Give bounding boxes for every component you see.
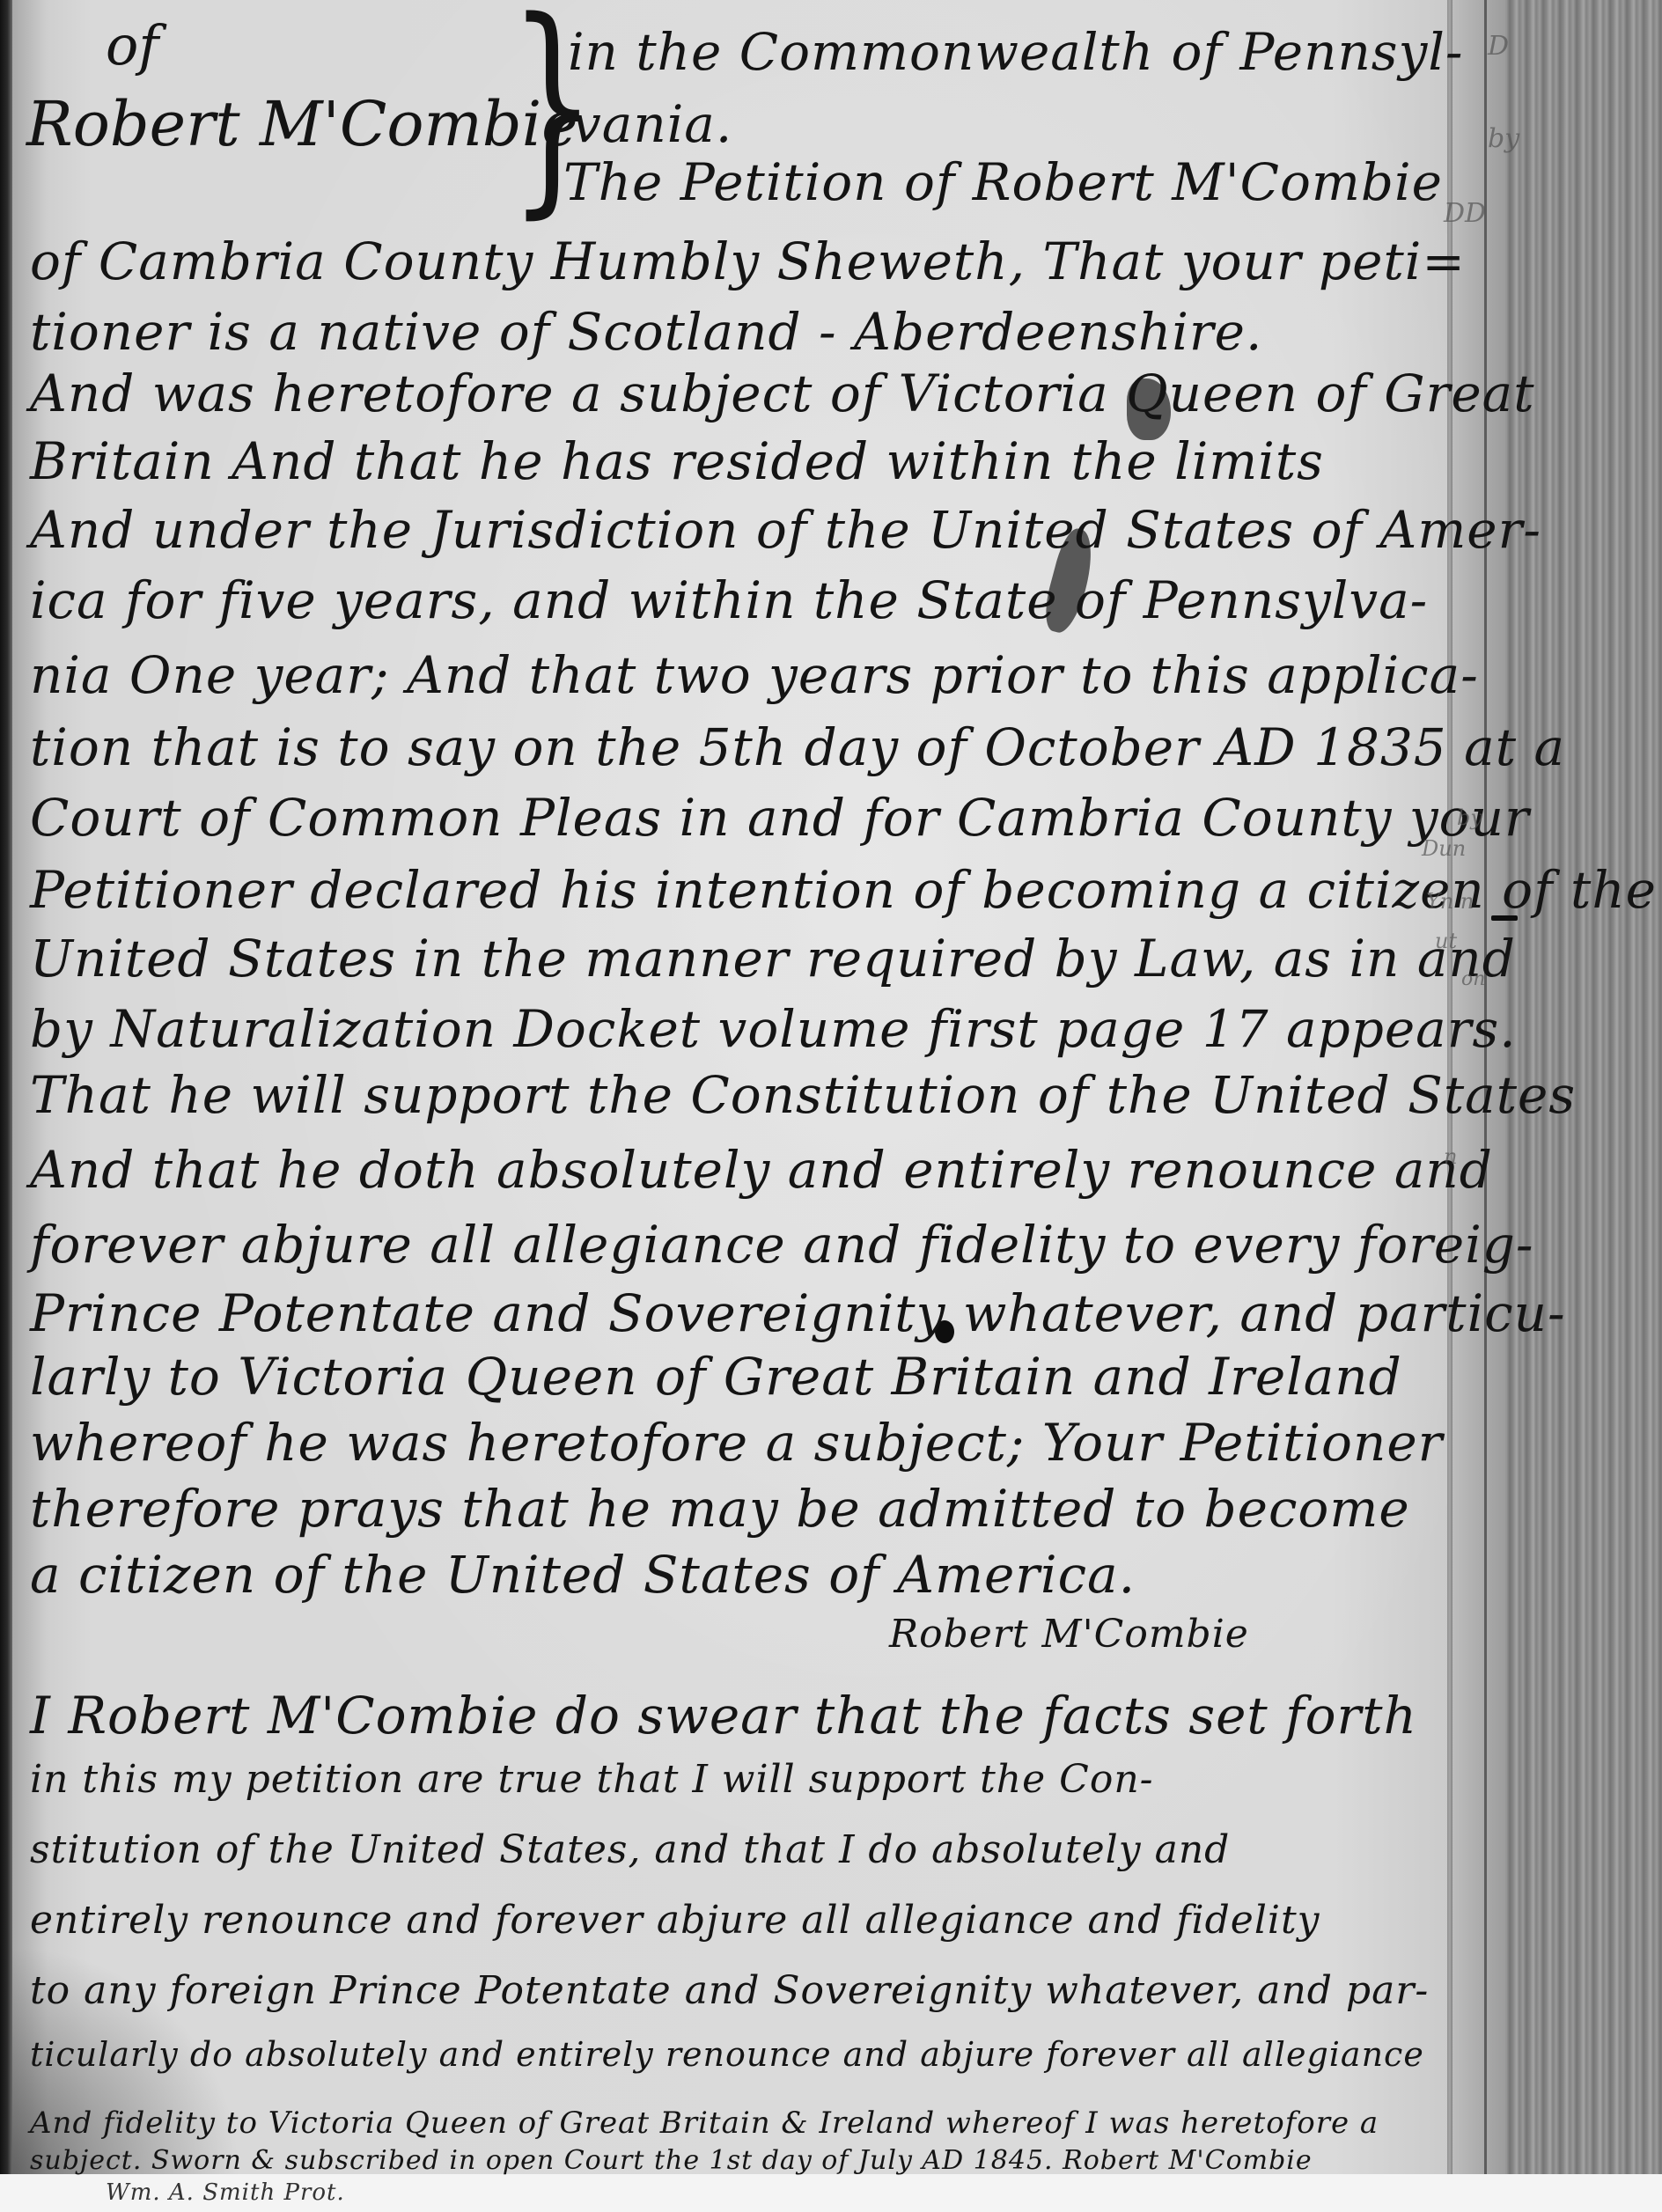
- caption-petitioner-name: Robert M'Combie: [26, 88, 578, 160]
- caption-jurisdiction-line1: in the Commonwealth of Pennsyl-: [568, 26, 1448, 77]
- margin-note: n: [1444, 1144, 1457, 1169]
- margin-note: by: [1457, 805, 1482, 830]
- petition-line: The Petition of Robert M'Combie: [563, 157, 1444, 208]
- petition-line: And under the Jurisdiction of the United…: [30, 504, 1438, 555]
- petition-line: larly to Victoria Queen of Great Britain…: [30, 1351, 1438, 1402]
- petition-line: That he will support the Constitution of…: [30, 1069, 1438, 1121]
- petition-line: Court of Common Pleas in and for Cambria…: [30, 792, 1438, 843]
- caption-jurisdiction-line2: vania.: [572, 99, 1100, 150]
- margin-note: D: [1488, 31, 1509, 62]
- oath-line: stitution of the United States, and that…: [30, 1831, 1438, 1870]
- margin-note: ut: [1435, 929, 1457, 953]
- petition-line: And that he doth absolutely and entirely…: [30, 1144, 1438, 1195]
- petition-line: Britain And that he has resided within t…: [30, 436, 1438, 487]
- petition-line: Prince Potentate and Sovereignity whatev…: [30, 1288, 1438, 1339]
- scanned-document: of Robert M'Combie } in the Commonwealth…: [0, 0, 1662, 2212]
- petition-line: therefore prays that he may be admitted …: [30, 1483, 1438, 1534]
- attestation-prothonotary: Wm. A. Smith Prot.: [106, 2181, 1514, 2204]
- petition-line: whereof he was heretofore a subject; You…: [30, 1417, 1438, 1468]
- oath-line: I Robert M'Combie do swear that the fact…: [30, 1690, 1438, 1741]
- caption-of: of: [106, 13, 158, 77]
- oath-line: entirely renounce and forever abjure all…: [30, 1901, 1438, 1940]
- petition-line: And was heretofore a subject of Victoria…: [30, 368, 1438, 419]
- oath-line: And fidelity to Victoria Queen of Great …: [30, 2108, 1438, 2138]
- petition-line: Petitioner declared his intention of bec…: [30, 864, 1438, 915]
- oath-line: to any foreign Prince Potentate and Sove…: [30, 1972, 1438, 2010]
- petition-line: by Naturalization Docket volume first pa…: [30, 1003, 1438, 1055]
- margin-note: on: [1461, 968, 1485, 990]
- oath-line: in this my petition are true that I will…: [30, 1760, 1438, 1799]
- oath-line: subject. Sworn & subscribed in open Cour…: [30, 2148, 1438, 2174]
- petition-line: nia One year; And that two years prior t…: [30, 650, 1438, 701]
- petition-signature: Robert M'Combie: [889, 1615, 1417, 1654]
- binding-edge: [0, 0, 12, 2174]
- petition-line: forever abjure all allegiance and fideli…: [30, 1219, 1438, 1270]
- margin-note: DD: [1444, 198, 1486, 229]
- petition-line: of Cambria County Humbly Sheweth, That y…: [30, 236, 1438, 287]
- oath-line: ticularly do absolutely and entirely ren…: [30, 2038, 1438, 2071]
- margin-note: Yn n: [1426, 889, 1474, 914]
- margin-note: by: [1488, 123, 1519, 154]
- petition-line: tion that is to say on the 5th day of Oc…: [30, 722, 1438, 773]
- petition-line: a citizen of the United States of Americ…: [30, 1549, 1438, 1600]
- margin-note: Dun: [1422, 836, 1466, 861]
- petition-line: tioner is a native of Scotland - Aberdee…: [30, 306, 1438, 357]
- petition-line: United States in the manner required by …: [30, 933, 1438, 984]
- petition-line: ica for five years, and within the State…: [30, 575, 1438, 626]
